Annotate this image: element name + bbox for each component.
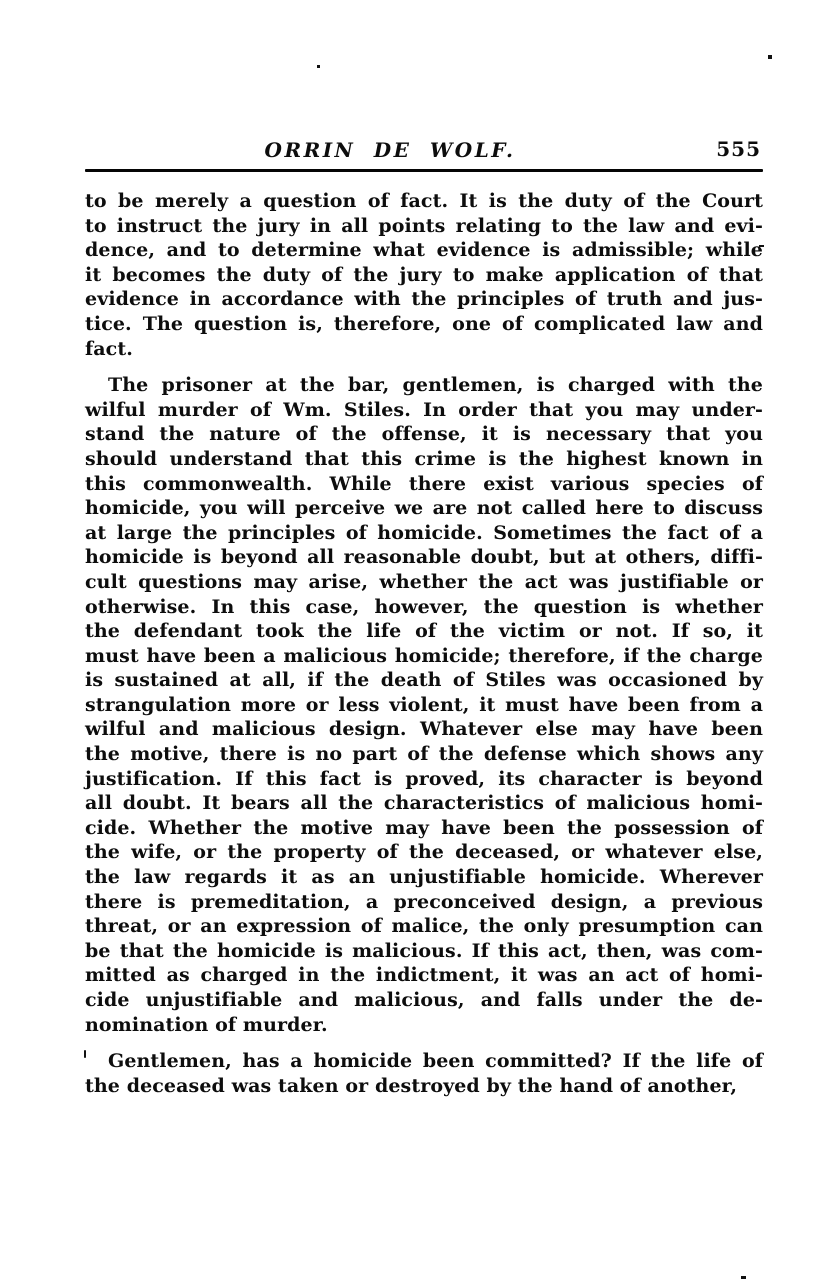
text-line: at large the principles of homicide. Som… xyxy=(85,521,763,546)
page-body: to be merely a question of fact. It is t… xyxy=(85,189,763,1098)
text-line: should understand that this crime is the… xyxy=(85,447,763,472)
text-line: cide. Whether the motive may have been t… xyxy=(85,816,763,841)
running-title: ORRIN DE WOLF. xyxy=(51,138,729,162)
scan-speck xyxy=(768,55,772,59)
text-line: to be merely a question of fact. It is t… xyxy=(85,189,763,214)
scan-speck xyxy=(741,1276,746,1279)
text-line: be that the homicide is malicious. If th… xyxy=(85,939,763,964)
text-line: dence, and to determine what evidence is… xyxy=(85,238,763,263)
text-line: the motive, there is no part of the defe… xyxy=(85,742,763,767)
text-line: the wife, or the property of the decease… xyxy=(85,840,763,865)
text-line: homicide, you will perceive we are not c… xyxy=(85,496,763,521)
page-content: ORRIN DE WOLF. 555 to be merely a questi… xyxy=(85,138,763,1098)
text-line: homicide is beyond all reasonable doubt,… xyxy=(85,545,763,570)
text-line: cide unjustifiable and malicious, and fa… xyxy=(85,988,763,1013)
text-line: otherwise. In this case, however, the qu… xyxy=(85,595,763,620)
text-line: is sustained at all, if the death of Sti… xyxy=(85,668,763,693)
text-line: mitted as charged in the indictment, it … xyxy=(85,963,763,988)
text-line: The prisoner at the bar, gentlemen, is c… xyxy=(85,373,763,398)
text-line: tice. The question is, therefore, one of… xyxy=(85,312,763,337)
text-line: wilful murder of Wm. Stiles. In order th… xyxy=(85,398,763,423)
text-line: strangulation more or less violent, it m… xyxy=(85,693,763,718)
scan-speck xyxy=(317,65,320,68)
paragraph: to be merely a question of fact. It is t… xyxy=(85,189,763,361)
page-header: ORRIN DE WOLF. 555 xyxy=(85,138,763,164)
paragraph: Gentlemen, has a homicide been committed… xyxy=(85,1049,763,1098)
text-line: evidence in accordance with the principl… xyxy=(85,287,763,312)
text-line: wilful and malicious design. Whatever el… xyxy=(85,717,763,742)
text-line: all doubt. It bears all the characterist… xyxy=(85,791,763,816)
text-line: Gentlemen, has a homicide been committed… xyxy=(85,1049,763,1074)
page-number: 555 xyxy=(716,137,761,161)
text-line: there is premeditation, a preconceived d… xyxy=(85,890,763,915)
text-line: must have been a malicious homicide; the… xyxy=(85,644,763,669)
header-rule xyxy=(85,169,763,172)
text-line: nomination of murder. xyxy=(85,1013,763,1038)
paragraph: The prisoner at the bar, gentlemen, is c… xyxy=(85,373,763,1037)
text-line: this commonwealth. While there exist var… xyxy=(85,472,763,497)
text-line: the deceased was taken or destroyed by t… xyxy=(85,1074,763,1099)
text-line: it becomes the duty of the jury to make … xyxy=(85,263,763,288)
book-page: ORRIN DE WOLF. 555 to be merely a questi… xyxy=(0,0,836,1284)
text-line: the defendant took the life of the victi… xyxy=(85,619,763,644)
text-line: to instruct the jury in all points relat… xyxy=(85,214,763,239)
text-line: the law regards it as an unjustifiable h… xyxy=(85,865,763,890)
text-line: cult questions may arise, whether the ac… xyxy=(85,570,763,595)
text-line: stand the nature of the offense, it is n… xyxy=(85,422,763,447)
text-line: justification. If this fact is proved, i… xyxy=(85,767,763,792)
text-line: threat, or an expression of malice, the … xyxy=(85,914,763,939)
text-line: fact. xyxy=(85,337,763,362)
